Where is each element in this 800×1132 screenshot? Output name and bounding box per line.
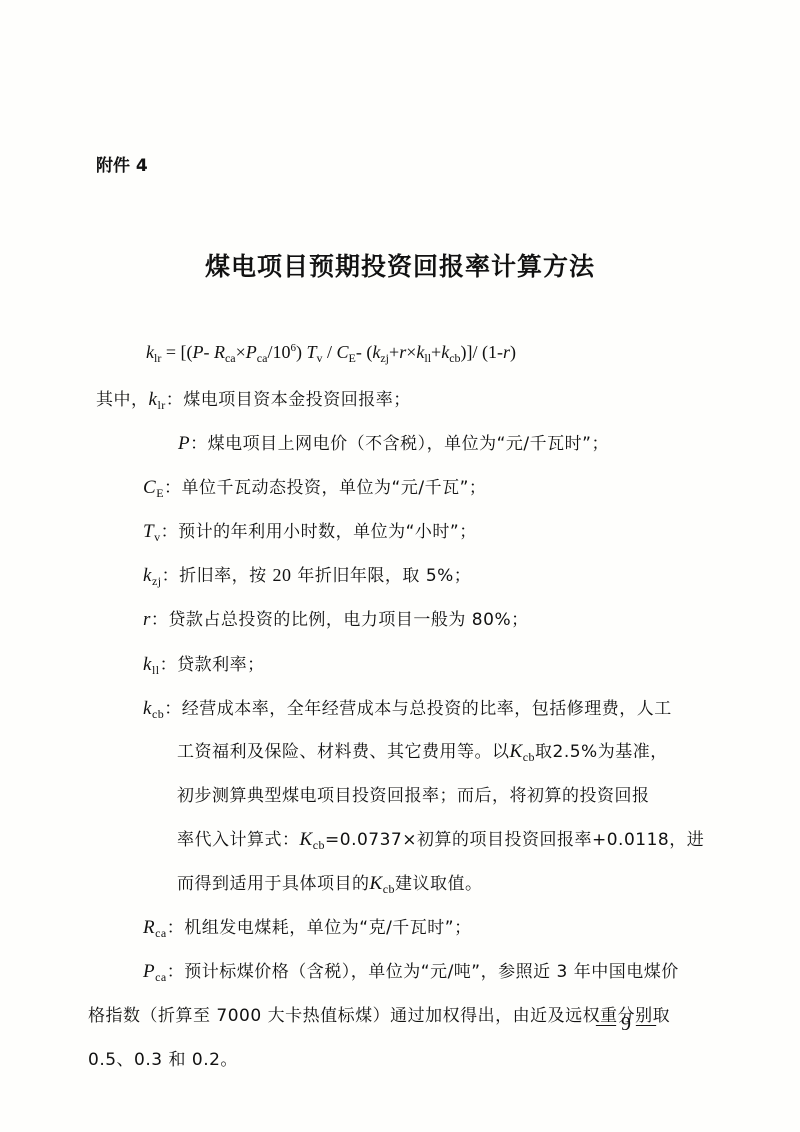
definition-t-v: Tv：预计的年利用小时数，单位为“小时”； (143, 517, 477, 545)
symbol: k (143, 698, 152, 719)
symbol-sub: cb (313, 838, 325, 852)
formula-symbol: k (146, 342, 154, 362)
attachment-label: 附件 4 (96, 151, 148, 176)
definition-text: 率代入计算式： (177, 830, 300, 850)
prefix-text: 其中， (96, 390, 149, 410)
formula-sub: ca (257, 351, 268, 365)
symbol: P (143, 961, 155, 982)
formula-part: × (236, 342, 246, 362)
definition-k-cb-line-1: kcb：经营成本率，全年经营成本与总投资的比率，包括修理费，人工 (143, 694, 672, 722)
formula-sub: ca (225, 351, 236, 365)
page-number: — 9 — (596, 1013, 656, 1036)
symbol-sub: cb (523, 750, 535, 764)
definition-text: 取2.5%为基准， (535, 742, 668, 762)
formula: klr = [(P- Rca×Pca/106) Tv / CE- (kzj+r×… (146, 342, 516, 366)
symbol-sub: ca (155, 970, 167, 984)
formula-sub: lr (154, 351, 161, 365)
definition-text: =0.0737×初算的项目投资回报率+0.0118，进 (325, 830, 704, 850)
formula-part: P (192, 342, 203, 362)
definition-text: ：贷款占总投资的比例，电力项目一般为 80%； (151, 610, 529, 630)
formula-part: P (246, 342, 257, 362)
formula-part: × (406, 342, 416, 362)
definition-text: ：预计的年利用小时数，单位为“小时”； (161, 522, 477, 542)
formula-sub: E (349, 351, 356, 365)
symbol: C (143, 477, 156, 498)
formula-part: )]/ (1- (461, 342, 503, 362)
symbol-sub: E (156, 486, 164, 500)
symbol-sub: cb (152, 707, 164, 721)
definition-k-cb-line-4: 率代入计算式：Kcb=0.0737×初算的项目投资回报率+0.0118，进 (177, 825, 704, 853)
definition-k-zj: kzj：折旧率，按 20 年折旧年限，取 5%； (143, 561, 471, 589)
definition-text: ：贷款利率； (160, 655, 265, 675)
symbol-sub: lr (157, 398, 165, 412)
symbol: K (300, 829, 313, 850)
formula-part: / (322, 342, 336, 362)
definition-c-e: CE：单位千瓦动态投资，单位为“元/千瓦”； (143, 473, 486, 501)
definition-r: r：贷款占总投资的比例，电力项目一般为 80%； (143, 605, 529, 631)
symbol: k (143, 654, 152, 675)
formula-part: - (203, 342, 214, 362)
symbol-sub: ll (152, 663, 160, 677)
symbol: k (143, 565, 152, 586)
symbol: R (143, 917, 155, 938)
formula-part: k (441, 342, 449, 362)
definition-k-cb-line-2: 工资福利及保险、材料费、其它费用等。以Kcb取2.5%为基准， (177, 737, 668, 765)
symbol: T (143, 521, 154, 542)
symbol: K (370, 873, 383, 894)
definition-text: 格指数（折算至 7000 大卡热值标煤）通过加权得出，由近及远权重分别取 (88, 1006, 670, 1026)
formula-part: + (431, 342, 441, 362)
definition-text: ：单位千瓦动态投资，单位为“元/千瓦”； (164, 478, 486, 498)
definition-text: ：经营成本率，全年经营成本与总投资的比率，包括修理费，人工 (164, 699, 672, 719)
symbol-sub: ca (155, 926, 167, 940)
definition-p-ca-line-2: 格指数（折算至 7000 大卡热值标煤）通过加权得出，由近及远权重分别取 (88, 1001, 670, 1026)
definition-k-ll: kll：贷款利率； (143, 650, 265, 678)
formula-sub: cb (449, 351, 460, 365)
definition-text: ：预计标煤价格（含税），单位为“元/吨”，参照近 3 年中国电煤价 (167, 962, 679, 982)
symbol: r (143, 609, 151, 630)
symbol: K (510, 741, 523, 762)
formula-part: R (214, 342, 225, 362)
definition-text: ：机组发电煤耗，单位为“克/千瓦时”； (167, 918, 472, 938)
definition-text: 工资福利及保险、材料费、其它费用等。以 (177, 742, 510, 762)
formula-part: ) (296, 342, 307, 362)
definition-k-lr: 其中，klr：煤电项目资本金投资回报率； (96, 385, 411, 413)
formula-part: + (389, 342, 399, 362)
definition-p: P：煤电项目上网电价（不含税），单位为“元/千瓦时”； (178, 429, 609, 455)
number: 20 (273, 565, 292, 585)
formula-sub: zj (380, 351, 389, 365)
definition-r-ca: Rca：机组发电煤耗，单位为“克/千瓦时”； (143, 913, 472, 941)
definition-text: ：煤电项目上网电价（不含税），单位为“元/千瓦时”； (190, 434, 609, 454)
definition-text: 而得到适用于具体项目的 (177, 874, 370, 894)
definition-text: ：折旧率，按 (162, 566, 273, 586)
document-title: 煤电项目预期投资回报率计算方法 (0, 247, 800, 283)
symbol-sub: cb (383, 882, 395, 896)
definition-k-cb-line-3: 初步测算典型煤电项目投资回报率；而后，将初算的投资回报 (177, 781, 650, 806)
definition-text: 0.5、0.3 和 0.2。 (88, 1050, 238, 1070)
definition-p-ca-line-3: 0.5、0.3 和 0.2。 (88, 1045, 238, 1070)
definition-text: 年折旧年限，取 5%； (292, 566, 472, 586)
formula-part: /10 (267, 342, 290, 362)
formula-part: T (306, 342, 316, 362)
symbol-sub: zj (152, 574, 162, 588)
definition-p-ca-line-1: Pca：预计标煤价格（含税），单位为“元/吨”，参照近 3 年中国电煤价 (143, 957, 679, 985)
definition-k-cb-line-5: 而得到适用于具体项目的Kcb建议取值。 (177, 869, 483, 897)
formula-part: r (503, 342, 510, 362)
definition-text: ：煤电项目资本金投资回报率； (166, 390, 411, 410)
formula-part: C (337, 342, 349, 362)
symbol: P (178, 433, 190, 454)
formula-part: - ( (356, 342, 373, 362)
formula-part: = [( (166, 342, 193, 362)
definition-text: 建议取值。 (395, 874, 483, 894)
definition-text: 初步测算典型煤电项目投资回报率；而后，将初算的投资回报 (177, 786, 650, 806)
formula-part: ) (510, 342, 516, 362)
